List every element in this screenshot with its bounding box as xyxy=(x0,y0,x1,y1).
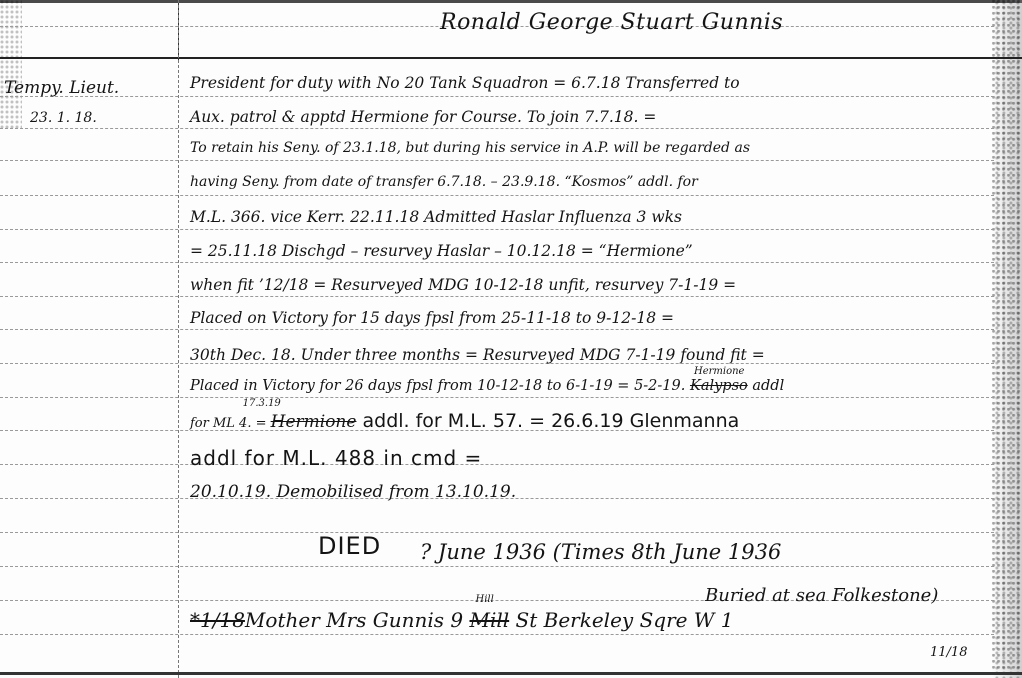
died-label: DIED xyxy=(318,532,381,560)
rank: Tempy. Lieut. xyxy=(4,78,119,98)
service-record-card: Ronald George Stuart Gunnis Tempy. Lieut… xyxy=(0,0,1022,678)
entry-date-initial: 11/18 xyxy=(930,645,967,660)
rank-date: 23. 1. 18. xyxy=(30,110,97,126)
struck-prefix: *1/18 xyxy=(190,608,245,632)
record-entry: Aux. patrol & apptd Hermione for Course.… xyxy=(190,108,656,126)
record-entry: addl for M.L. 488 in cmd = xyxy=(190,446,482,470)
record-entry: 30th Dec. 18. Under three months = Resur… xyxy=(190,346,765,364)
record-entry-demobilised: 20.10.19. Demobilised from 13.10.19. xyxy=(190,482,516,502)
scan-edge-right xyxy=(992,0,1022,678)
record-entry-amended: for ML 4. = 17.3.19Hermione addl. for M.… xyxy=(190,410,739,432)
header-rule xyxy=(0,57,1022,59)
scan-edge-top xyxy=(0,0,1022,3)
record-entry-amended: Placed in Victory for 26 days fpsl from … xyxy=(190,378,784,394)
record-entry: To retain his Seny. of 23.1.18, but duri… xyxy=(190,140,750,156)
officer-name: Ronald George Stuart Gunnis xyxy=(440,10,783,35)
inserted-date: 17.3.19 xyxy=(243,398,281,409)
inserted-correction: Hermione xyxy=(694,366,744,377)
inserted-correction: Hill xyxy=(476,594,494,605)
bottom-rule xyxy=(0,672,1022,675)
record-entry: = 25.11.18 Dischgd – resurvey Haslar – 1… xyxy=(190,242,693,260)
record-entry: having Seny. from date of transfer 6.7.1… xyxy=(190,174,698,190)
column-divider xyxy=(178,0,180,678)
death-date: ? June 1936 (Times 8th June 1936 xyxy=(420,540,781,564)
struck-text: Mill xyxy=(470,608,510,632)
scan-edge-left xyxy=(0,0,22,130)
struck-text: Hermione xyxy=(271,412,357,432)
burial-note: Buried at sea Folkestone) xyxy=(705,585,938,606)
next-of-kin: *1/18Mother Mrs Gunnis 9 HillMill St Ber… xyxy=(190,608,733,632)
record-entry: Placed on Victory for 15 days fpsl from … xyxy=(190,309,674,327)
record-entry: President for duty with No 20 Tank Squad… xyxy=(190,74,740,92)
struck-text: Kalypso xyxy=(690,378,748,394)
record-entry: when fit ’12/18 = Resurveyed MDG 10-12-1… xyxy=(190,276,736,294)
record-entry: M.L. 366. vice Kerr. 22.11.18 Admitted H… xyxy=(190,208,682,226)
